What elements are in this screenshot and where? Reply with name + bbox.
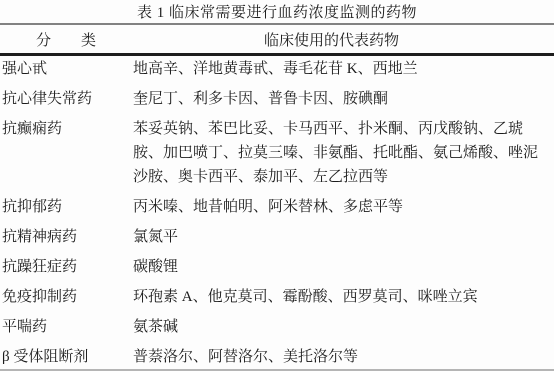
drugs-cell: 奎尼丁、利多卡因、普鲁卡因、胺碘酮 <box>133 87 554 111</box>
table-row: 平喘药 氨茶碱 <box>0 315 554 339</box>
header-separator-rule <box>0 53 554 56</box>
category-cell: 抗心律失常药 <box>0 87 133 111</box>
drugs-cell: 环孢素 A、他克莫司、霉酚酸、西罗莫司、咪唑立宾 <box>133 285 554 309</box>
table-body: 强心甙 地高辛、洋地黄毒甙、毒毛花苷 K、西地兰 抗心律失常药 奎尼丁、利多卡因… <box>0 57 554 369</box>
table-row: 免疫抑制药 环孢素 A、他克莫司、霉酚酸、西罗莫司、咪唑立宾 <box>0 285 554 309</box>
category-cell: 抗癫痫药 <box>0 117 133 189</box>
drugs-cell: 丙米嗪、地昔帕明、阿米替林、多虑平等 <box>133 195 554 219</box>
category-cell: 免疫抑制药 <box>0 285 133 309</box>
drugs-cell: 碳酸锂 <box>133 255 554 279</box>
table-row: β 受体阻断剂 普萘洛尔、阿替洛尔、美托洛尔等 <box>0 345 554 369</box>
table-header-row: 分 类 临床使用的代表药物 <box>0 25 554 53</box>
category-cell: β 受体阻断剂 <box>0 345 133 369</box>
table-title: 表 1 临床常需要进行血药浓度监测的药物 <box>0 0 554 23</box>
table-row: 抗癫痫药 苯妥英钠、苯巴比妥、卡马西平、扑米酮、丙戊酸钠、乙琥胺、加巴喷丁、拉莫… <box>0 117 554 189</box>
category-cell: 抗抑郁药 <box>0 195 133 219</box>
drug-monitoring-table-page: 表 1 临床常需要进行血药浓度监测的药物 分 类 临床使用的代表药物 强心甙 地… <box>0 0 554 371</box>
category-cell: 抗精神病药 <box>0 225 133 249</box>
table-row: 抗精神病药 氯氮平 <box>0 225 554 249</box>
category-cell: 强心甙 <box>0 57 133 81</box>
table-row: 抗抑郁药 丙米嗪、地昔帕明、阿米替林、多虑平等 <box>0 195 554 219</box>
category-cell: 平喘药 <box>0 315 133 339</box>
drugs-cell: 氨茶碱 <box>133 315 554 339</box>
drugs-cell: 氯氮平 <box>133 225 554 249</box>
table-row: 强心甙 地高辛、洋地黄毒甙、毒毛花苷 K、西地兰 <box>0 57 554 81</box>
table-row: 抗躁狂症药 碳酸锂 <box>0 255 554 279</box>
drugs-cell: 普萘洛尔、阿替洛尔、美托洛尔等 <box>133 345 554 369</box>
header-category: 分 类 <box>0 29 133 50</box>
category-cell: 抗躁狂症药 <box>0 255 133 279</box>
drugs-cell: 苯妥英钠、苯巴比妥、卡马西平、扑米酮、丙戊酸钠、乙琥胺、加巴喷丁、拉莫三嗪、非氨… <box>133 117 554 189</box>
drugs-cell: 地高辛、洋地黄毒甙、毒毛花苷 K、西地兰 <box>133 57 554 81</box>
header-drugs: 临床使用的代表药物 <box>133 29 554 50</box>
table-row: 抗心律失常药 奎尼丁、利多卡因、普鲁卡因、胺碘酮 <box>0 87 554 111</box>
